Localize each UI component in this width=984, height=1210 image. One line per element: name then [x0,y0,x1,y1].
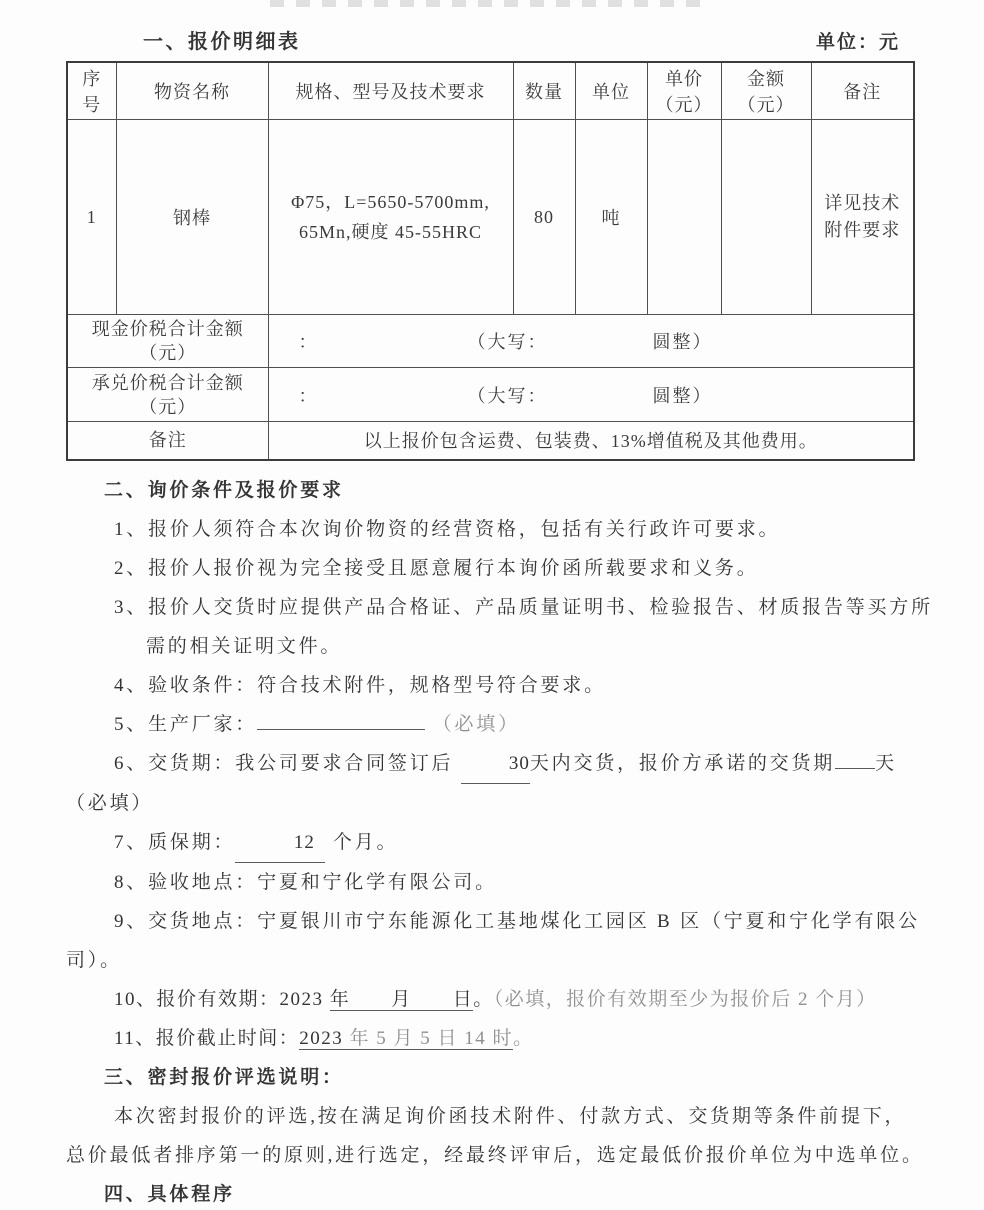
vendor-blank-field [257,710,425,730]
section1-title: 一、报价明细表 [143,25,301,54]
cell-unit: 吨 [575,120,647,315]
cash-total-row: 现金价税合计金额 （元） ： （大写： 圆整） [67,315,914,368]
validity-period-mark: 。 [473,989,494,1010]
quotation-table: 序 号 物资名称 规格、型号及技术要求 数量 单位 单价 （元） 金额 （元） … [66,61,915,461]
vendor-required-note: （必填） [433,714,520,735]
note-content: 以上报价包含运费、包装费、13%增值税及其他费用。 [268,422,914,460]
col-header-remark: 备注 [811,62,914,120]
validity-date-blank: 年 月 日 [330,989,474,1011]
requirement-item-1: 1、报价人须符合本次询价物资的经营资格，包括有关行政许可要求。 [66,510,940,549]
deadline-label: 11、报价截止时间： [114,1028,299,1049]
acceptance-yuanzheng-label: 圆整） [653,382,713,408]
document-body: 二、询价条件及报价要求 1、报价人须符合本次询价物资的经营资格，包括有关行政许可… [66,471,940,1210]
cell-seq: 1 [67,120,116,315]
col-header-price: 单价 （元） [647,62,721,120]
cash-daxie-label: （大写： [468,328,548,354]
acceptance-total-content: ： （大写： 圆整） [268,368,914,422]
col-header-qty: 数量 [513,62,575,120]
col-header-amount: 金额 （元） [721,62,811,120]
acceptance-total-row: 承兑价税合计金额 （元） ： （大写： 圆整） [67,368,914,422]
requirement-item-10: 10、报价有效期：2023 年 月 日。（必填，报价有效期至少为报价后 2 个月… [66,980,940,1019]
cell-amount [721,120,811,315]
warranty-label: 7、质保期： [114,832,235,853]
cell-unit-price [647,120,721,315]
note-label: 备注 [67,422,268,460]
acceptance-colon: ： [299,382,318,408]
cash-total-label: 现金价税合计金额 （元） [67,315,268,368]
cell-qty: 80 [513,120,575,315]
delivery-prefix: 6、交货期：我公司要求合同签订后 [114,753,453,774]
cell-remark: 详见技术附件要求 [811,120,914,315]
table-row: 1 钢棒 Φ75，L=5650-5700mm, 65Mn,硬度 45-55HRC… [67,120,914,315]
delivery-days-blank [835,749,875,769]
delivery-mid: 天内交货，报价方承诺的交货期 [530,753,835,774]
col-header-material: 物资名称 [116,62,268,120]
deadline-date: 年 5 月 5 日 14 时 [343,1028,513,1050]
requirement-item-9: 9、交货地点：宁夏银川市宁东能源化工基地煤化工园区 B 区（宁夏和宁化学有限公司… [66,902,940,980]
section2-heading: 二、询价条件及报价要求 [66,471,940,510]
requirement-item-3: 3、报价人交货时应提供产品合格证、产品质量证明书、检验报告、材质报告等买方所需的… [66,588,940,666]
requirement-item-2: 2、报价人报价视为完全接受且愿意履行本询价函所载要求和义务。 [66,549,940,588]
acceptance-total-label: 承兑价税合计金额 （元） [67,368,268,422]
acceptance-daxie-label: （大写： [468,382,548,408]
unit-label: 单位：元 [816,27,900,54]
cell-material: 钢棒 [116,120,268,315]
deadline-year: 2023 [299,1028,343,1050]
warranty-months-value: 12 [235,823,325,863]
section3-heading: 三、密封报价评选说明： [66,1058,940,1097]
document-page: 一、报价明细表 单位：元 序 号 物资名称 规格、型号及技术要求 数量 单位 单… [0,0,984,1210]
vendor-label: 5、生产厂家： [114,714,257,735]
delivery-days-value: 30 [461,744,530,784]
requirement-item-4: 4、验收条件：符合技术附件，规格型号符合要求。 [66,666,940,705]
section4-heading: 四、具体程序 [66,1175,940,1210]
requirement-item-7: 7、质保期：12 个月。 [66,823,940,863]
cash-yuanzheng-label: 圆整） [653,328,713,354]
section3-paragraph: 本次密封报价的评选,按在满足询价函技术附件、付款方式、交货期等条件前提下，总价最… [66,1097,928,1175]
table-note-row: 备注 以上报价包含运费、包装费、13%增值税及其他费用。 [67,422,914,460]
section1-header: 一、报价明细表 单位：元 [66,28,940,54]
validity-prefix: 10、报价有效期：2023 [114,989,330,1010]
requirement-item-5: 5、生产厂家： （必填） [66,705,940,744]
validity-required-note: （必填，报价有效期至少为报价后 2 个月） [494,989,877,1010]
col-header-seq: 序 号 [67,62,116,120]
deadline-period-mark: 。 [513,1028,534,1049]
table-header-row: 序 号 物资名称 规格、型号及技术要求 数量 单位 单价 （元） 金额 （元） … [67,62,914,120]
cash-colon: ： [299,328,318,354]
warranty-suffix: 个月。 [333,832,398,853]
cell-spec: Φ75，L=5650-5700mm, 65Mn,硬度 45-55HRC [268,120,513,315]
cash-total-content: ： （大写： 圆整） [268,315,914,368]
col-header-unit: 单位 [575,62,647,120]
requirement-item-8: 8、验收地点：宁夏和宁化学有限公司。 [66,863,940,902]
col-header-spec: 规格、型号及技术要求 [268,62,513,120]
scan-artifact [270,0,700,7]
requirement-item-6: 6、交货期：我公司要求合同签订后 30天内交货，报价方承诺的交货期天（必填） [66,744,940,823]
requirement-item-11: 11、报价截止时间：2023 年 5 月 5 日 14 时。 [66,1019,940,1058]
